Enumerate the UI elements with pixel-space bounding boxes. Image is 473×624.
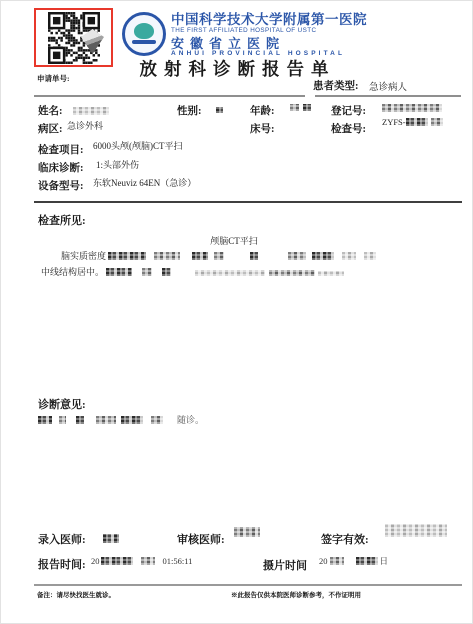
redacted-impression xyxy=(121,416,143,424)
report-time-prefix: 20 xyxy=(91,556,100,566)
redacted-finding xyxy=(106,268,132,276)
redacted-exam-no-2 xyxy=(431,118,443,126)
name-label: 姓名: xyxy=(38,103,63,118)
redacted-impression xyxy=(96,416,116,424)
review-doctor-label: 审核医师: xyxy=(177,531,225,547)
redacted-reg-no xyxy=(382,104,442,112)
patient-type-label: 患者类型: xyxy=(313,78,359,93)
emblem-band xyxy=(132,40,156,44)
report-time-suffix: 01:56:11 xyxy=(163,556,193,566)
device-value: 东软Neuviz 64EN（急诊） xyxy=(93,176,196,189)
impression-visible-tail: 随诊。 xyxy=(177,415,204,425)
redacted-finding xyxy=(154,252,180,260)
redacted-impression xyxy=(76,416,84,424)
entry-doctor-label: 录入医师: xyxy=(38,531,86,547)
exam-item-label: 检查项目: xyxy=(38,142,84,157)
redacted-impression xyxy=(151,416,163,424)
redacted-gender xyxy=(216,107,223,113)
section-rule xyxy=(34,201,462,203)
redacted-finding xyxy=(142,268,152,276)
redacted-film-date xyxy=(330,557,344,565)
redacted-finding xyxy=(192,252,208,260)
radiology-report-page: 申请单号: 中国科学技术大学附属第一医院 THE FIRST AFFILIATE… xyxy=(0,0,473,624)
film-time-label: 摄片时间 xyxy=(263,557,307,573)
redacted-finding xyxy=(318,271,344,276)
emblem-core xyxy=(134,23,154,39)
redacted-finding xyxy=(269,270,315,276)
header-rule-right xyxy=(315,95,461,97)
redacted-finding xyxy=(195,270,265,276)
findings-line2-prefix: 中线结构居中。 xyxy=(41,267,104,277)
report-title: 放射科诊断报告单 xyxy=(1,56,473,81)
footer-rule xyxy=(34,584,462,586)
film-time-value: 20日 xyxy=(319,555,388,567)
clinical-dx-label: 临床诊断: xyxy=(38,160,84,175)
redacted-finding xyxy=(288,252,306,260)
device-label: 设备型号: xyxy=(38,178,84,193)
signature-label: 签字有效: xyxy=(321,531,369,547)
redacted-finding xyxy=(214,252,224,260)
ward-value: 急诊外科 xyxy=(67,119,103,132)
impression-line: 随诊。 xyxy=(38,413,204,426)
redacted-review-doctor xyxy=(234,527,260,537)
redacted-finding xyxy=(312,252,334,260)
exam-no-label: 检查号: xyxy=(331,121,366,136)
bed-label: 床号: xyxy=(250,121,275,136)
findings-line2: 中线结构居中。 xyxy=(41,265,344,278)
redacted-finding xyxy=(364,252,376,260)
redacted-finding xyxy=(342,252,356,260)
age-label: 年龄: xyxy=(250,103,275,118)
redacted-impression xyxy=(38,416,52,424)
impression-section-label: 诊断意见: xyxy=(38,396,86,412)
findings-line1-prefix: 脑实质密度 xyxy=(61,251,106,261)
hospital-name-en: THE FIRST AFFILIATED HOSPITAL OF USTC xyxy=(171,28,367,35)
hospital-emblem-icon xyxy=(122,12,166,56)
redacted-signature xyxy=(385,524,447,537)
report-time-label: 报告时间: xyxy=(38,556,86,572)
redacted-age xyxy=(290,104,299,111)
clinical-dx-value: 1:头部外伤 xyxy=(96,158,139,171)
exam-no-value: ZYFS- xyxy=(382,117,443,127)
redacted-finding xyxy=(108,252,146,260)
exam-no-prefix: ZYFS- xyxy=(382,117,406,127)
footer-note-left: 备注：请尽快找医生就诊。 xyxy=(37,590,115,599)
exam-item-value: 6000头颅(颅脑)CT平扫 xyxy=(93,139,183,152)
hospital-name2-cn: 安徽省立医院 xyxy=(171,37,367,51)
report-time-value: 2001:56:11 xyxy=(91,556,192,566)
hospital-name-block: 中国科学技术大学附属第一医院 THE FIRST AFFILIATED HOSP… xyxy=(171,13,367,58)
header-rule-left xyxy=(34,95,305,97)
redacted-name xyxy=(73,107,109,115)
redacted-entry-doctor xyxy=(103,534,119,543)
findings-section-label: 检查所见: xyxy=(38,212,86,228)
redacted-film-date-2 xyxy=(356,557,378,565)
findings-line1: 脑实质密度 xyxy=(61,249,376,262)
reg-no-label: 登记号: xyxy=(331,103,366,118)
gender-label: 性别: xyxy=(177,103,202,118)
film-time-prefix: 20 xyxy=(319,556,328,566)
redacted-report-date xyxy=(101,557,133,565)
redacted-finding xyxy=(162,268,171,276)
redacted-report-date-2 xyxy=(141,557,155,565)
hospital-name-cn: 中国科学技术大学附属第一医院 xyxy=(171,13,367,27)
film-time-suffix: 日 xyxy=(380,556,389,566)
redacted-age-2 xyxy=(303,104,311,111)
redacted-impression xyxy=(59,416,66,424)
redacted-exam-no xyxy=(406,118,428,126)
patient-type-value: 急诊病人 xyxy=(369,79,407,93)
findings-subtitle: 颅脑CT平扫 xyxy=(34,234,434,247)
ward-label: 病区: xyxy=(38,121,63,136)
redacted-finding xyxy=(250,252,258,260)
footer-note-right: ※此报告仅供本院医师诊断参考，不作证明用 xyxy=(231,590,361,599)
